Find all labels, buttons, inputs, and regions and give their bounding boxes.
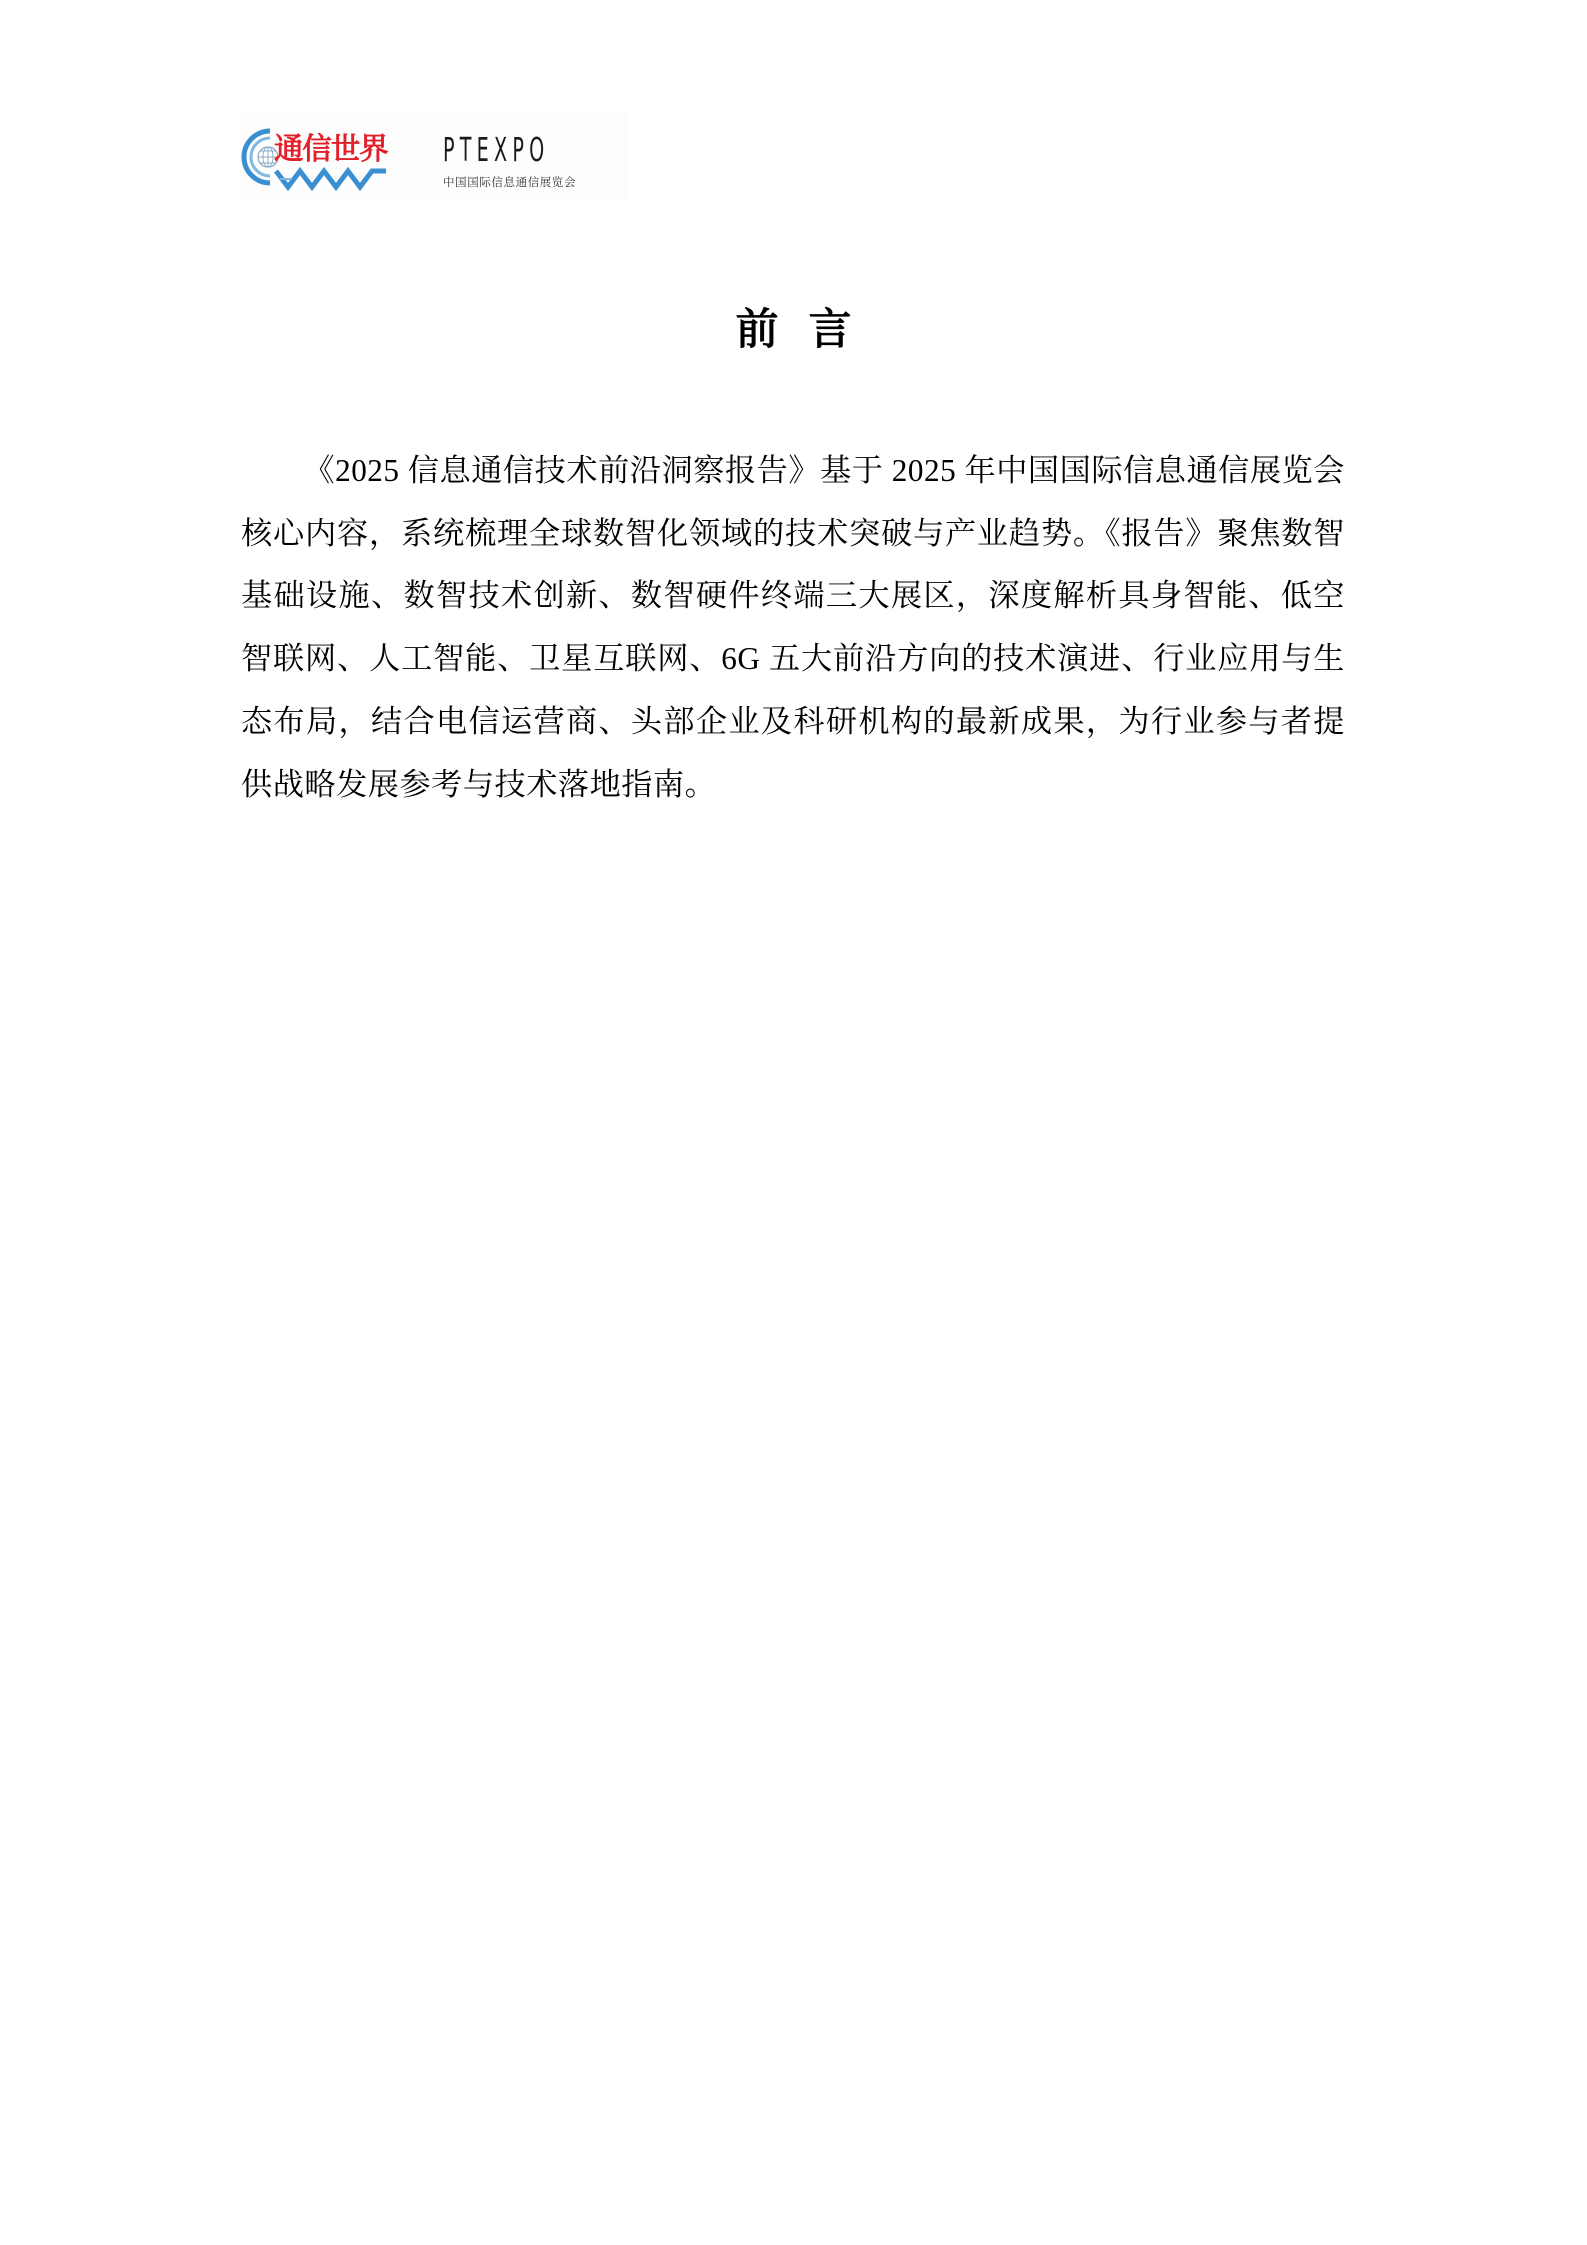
preface-paragraph: 《2025 信息通信技术前沿洞察报告》基于 2025 年中国国际信息通信展览会核… [241,440,1345,816]
ptexpo-logo: PTEXPO 中国国际信息通信展览会 [443,133,583,167]
txsj-logo: 通信世界 [240,125,392,191]
ptexpo-subtitle: 中国国际信息通信展览会 [443,175,576,189]
txsj-logo-text: 通信世界 [274,133,388,167]
ptexpo-wordmark: PTEXPO [443,133,524,167]
header-logo-bar: 通信世界 PTEXPO 中国国际信息通信展览会 [238,113,628,201]
page-title: 前言 [0,302,1587,358]
title-char-1: 前 [736,305,779,355]
title-char-2: 言 [809,305,852,355]
